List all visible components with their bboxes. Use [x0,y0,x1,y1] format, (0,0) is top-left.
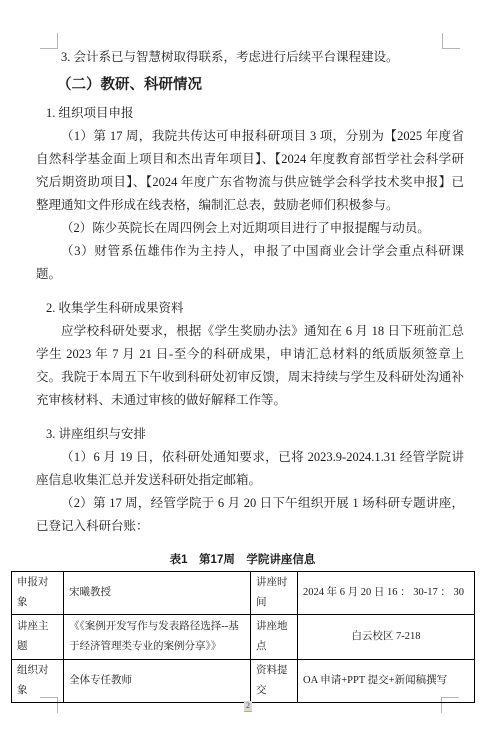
lecture-info-table: 申报对象 宋曦教授 讲座时间 2024 年 6 月 20 日 16 ： 30-1… [11,571,475,703]
cell-label-time: 讲座时间 [251,572,298,615]
cell-value-location: 白云校区 7-218 [298,615,475,660]
subsection-3-title: 3. 讲座组织与安排 [36,423,464,446]
cell-value-materials: OA 申请+PPT 提交+新闻稿撰写 [298,660,475,703]
cell-value-topic: 《《案例开发写作与发表路径选择--基于经济管理类专业的案例分享》》 [64,615,251,660]
cell-value-audience: 全体专任教师 [64,660,251,703]
cell-label-location: 讲座地点 [251,615,298,660]
paragraph-lecture-info-1: （1）6 月 19 日，依科研处通知要求，已将 2023.9-2024.1.31… [36,446,464,492]
list-item-3: 3. 会计系已与智慧树取得联系，考虑进行后续平台课程建设。 [36,46,464,69]
cell-label-audience: 组织对象 [12,660,64,703]
paragraph-lecture-info-2: （2）第 17 周，经管学院于 6 月 20 日下午组织开展 1 场科研专题讲座… [36,492,464,538]
table-row: 组织对象 全体专任教师 资料提交 OA 申请+PPT 提交+新闻稿撰写 [12,660,475,703]
cell-value-time: 2024 年 6 月 20 日 16 ： 30-17 ： 30 [298,572,475,615]
paragraph-project-declare-2: （2）陈少英院长在周四例会上对近期项目进行了申报提醒与动员。 [36,217,464,240]
page-number: 2 [244,701,252,712]
paragraph-project-declare-3: （3）财管系伍雄伟作为主持人，申报了中国商业会计学会重点科研课题。 [36,240,464,286]
section-heading: （二）教研、科研情况 [36,74,464,97]
table-row: 申报对象 宋曦教授 讲座时间 2024 年 6 月 20 日 16 ： 30-1… [12,572,475,615]
lecture-info-table-block: 表1 第17周 学院讲座信息 申报对象 宋曦教授 讲座时间 2024 年 6 月… [11,553,474,703]
subsection-1-title: 1. 组织项目申报 [36,102,464,125]
cell-value-speaker: 宋曦教授 [64,572,251,615]
table-row: 讲座主题 《《案例开发写作与发表路径选择--基于经济管理类专业的案例分享》》 讲… [12,615,475,660]
subsection-2-title: 2. 收集学生科研成果资料 [36,297,464,320]
paragraph-project-declare-1: （1）第 17 周，我院共传达可申报科研项目 3 项，分别为【2025 年度省自… [36,125,464,217]
table-title: 表1 第17周 学院讲座信息 [11,553,474,567]
cell-label-speaker: 申报对象 [12,572,64,615]
paragraph-student-achievements: 应学校科研处要求，根据《学生奖励办法》通知在 6 月 18 日下班前汇总学生 2… [36,320,464,412]
cell-label-topic: 讲座主题 [12,615,64,660]
document-body: 3. 会计系已与智慧树取得联系，考虑进行后续平台课程建设。 （二）教研、科研情况… [36,46,464,538]
cell-label-materials: 资料提交 [251,660,298,703]
